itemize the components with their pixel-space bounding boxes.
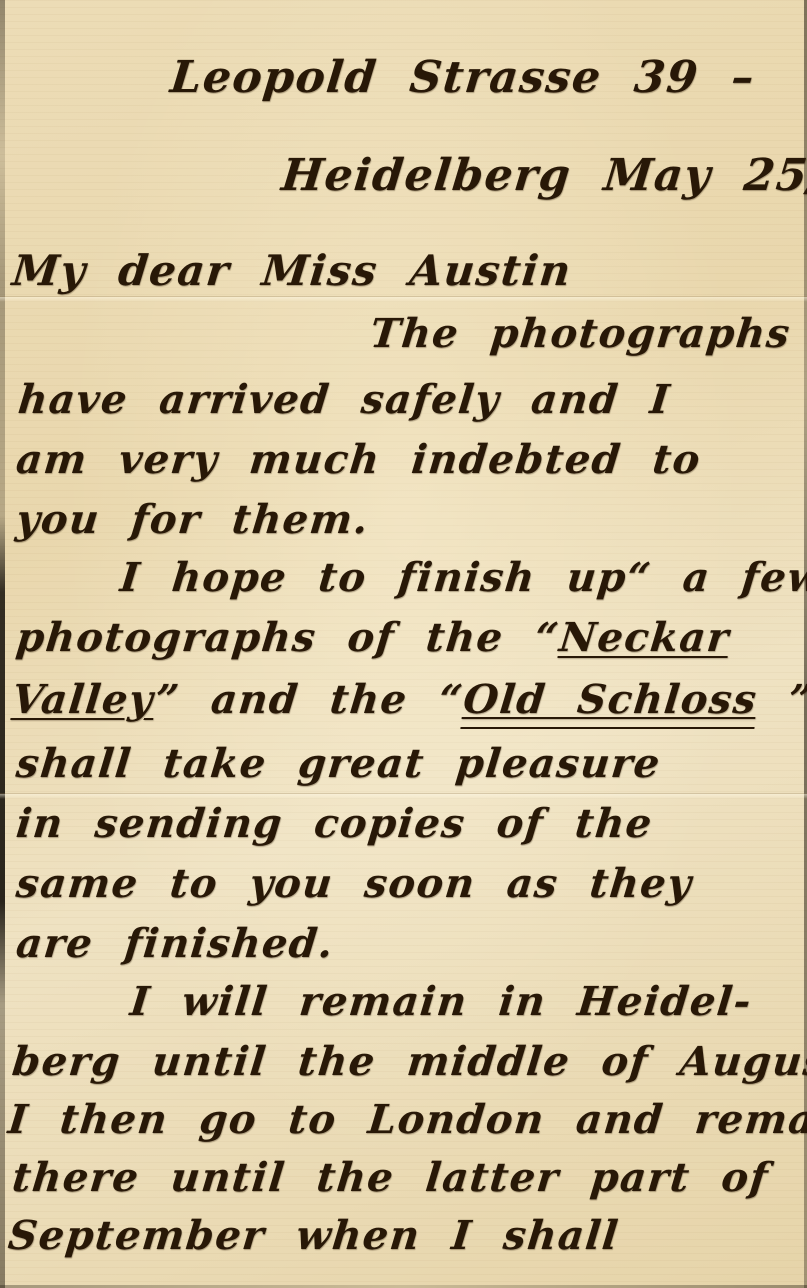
line-text: photographs of the “ — [14, 614, 562, 661]
handwritten-line: have arrived safely and I — [16, 376, 673, 423]
handwritten-line: September when I shall — [6, 1212, 621, 1259]
handwritten-line: berg until the middle of August — [10, 1038, 807, 1085]
handwritten-line: you for them. — [14, 496, 372, 543]
handwritten-line: I hope to finish up“ a few — [118, 554, 807, 601]
scan-edge-left — [0, 0, 5, 1288]
double-underlined-old-schloss: Old Schloss — [460, 676, 759, 729]
salutation-line: My dear Miss Austin — [10, 246, 574, 295]
handwritten-line: there until the latter part of — [10, 1154, 771, 1201]
handwritten-line: The photographs — [368, 310, 793, 357]
handwritten-line: same to you soon as they — [14, 860, 695, 907]
handwritten-line: am very much indebted to — [14, 436, 703, 483]
handwritten-line: shall take great pleasure — [14, 740, 663, 787]
handwritten-line: are finished. — [14, 920, 336, 967]
date-city-month-day: Heidelberg May 25/ — [279, 150, 807, 201]
handwritten-line: I then go to London and remain — [6, 1096, 807, 1143]
underlined-word-valley: Valley — [10, 676, 158, 723]
underlined-word-neckar: Neckar — [557, 614, 732, 661]
line-text: ” and — [755, 676, 807, 723]
handwritten-line: in sending copies of the — [14, 800, 655, 847]
letter-page: Leopold Strasse 39 – Heidelberg May 25/9… — [0, 0, 807, 1288]
handwritten-line: Valley” and the “Old Schloss ” and — [10, 676, 807, 723]
handwritten-line: photographs of the “Neckar — [14, 614, 732, 661]
address-line: Leopold Strasse 39 – — [168, 52, 758, 103]
date-line: Heidelberg May 25/91 — [278, 150, 807, 211]
fold-crease-upper — [0, 296, 807, 302]
fold-crease-lower — [0, 793, 807, 799]
line-text: ” and the “ — [153, 676, 466, 723]
handwritten-line: I will remain in Heidel- — [128, 978, 754, 1025]
